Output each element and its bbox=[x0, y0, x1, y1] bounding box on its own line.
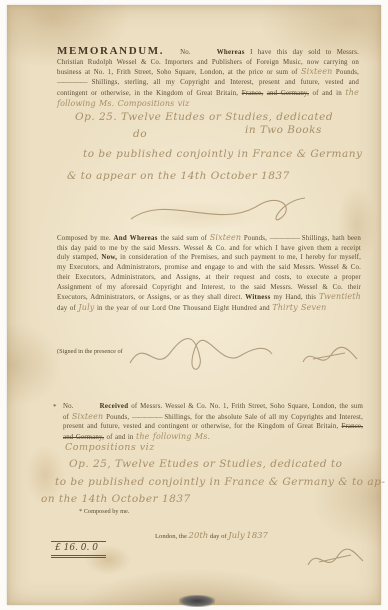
document-scan: { "colors": { "paper": "#ecdfc2", "print… bbox=[0, 0, 388, 610]
struck-germany: and Germany, bbox=[63, 434, 104, 441]
handwritten-month: July bbox=[78, 303, 94, 312]
handwritten-work-title: Op. 25, Twelve Etudes or Studies, dedica… bbox=[69, 458, 342, 470]
signature-stroke bbox=[303, 347, 357, 362]
signature-stroke bbox=[308, 549, 363, 565]
received-word: Received bbox=[100, 403, 129, 410]
closing-date-line: London, the 20th day of July 1837 bbox=[155, 531, 268, 541]
receipt-paragraph: No.Received of Messrs. Wessel & Co. No. … bbox=[63, 402, 363, 443]
and-whereas-word: And Whereas bbox=[114, 235, 158, 242]
agreement-text-5: day of bbox=[57, 305, 76, 312]
agreement-text-1: the said sum of bbox=[160, 235, 207, 242]
handwritten-books: in Two Books bbox=[245, 124, 322, 136]
handwritten-year: 1837 bbox=[246, 531, 268, 541]
handwritten-year: Thirty Seven bbox=[272, 303, 326, 312]
handwritten-month: July bbox=[228, 531, 244, 541]
handwritten-publish-line: to be published conjointly in France & G… bbox=[55, 476, 385, 488]
blank-rule: ————— bbox=[57, 79, 86, 86]
agreement-text-3: in consideration of the Premises, and su… bbox=[57, 254, 361, 301]
sum-in-words: Sixteen bbox=[72, 412, 103, 421]
handwritten-publish-line: to be published conjointly in France & G… bbox=[83, 148, 362, 160]
no-label: No. bbox=[180, 49, 191, 56]
handwritten-day: 20th bbox=[189, 531, 209, 541]
handwritten-date-line: on the 14th October 1837 bbox=[41, 493, 191, 505]
agreement-text-6: in the year of our Lord One Thousand Eig… bbox=[97, 305, 270, 312]
handwritten-work-title: Op. 25. Twelve Etudes or Studies, dedica… bbox=[75, 111, 333, 123]
sum-in-words: Sixteen bbox=[210, 233, 241, 242]
handwritten-date-line: & to appear on the 14th October 1837 bbox=[67, 170, 290, 182]
day-of-label: day of bbox=[210, 533, 227, 540]
sum-in-words: Sixteen bbox=[301, 67, 332, 76]
place-label: London, the bbox=[155, 533, 187, 540]
paper-sheet: MEMORANDUM.No.Whereas I have this day so… bbox=[7, 5, 381, 605]
memorandum-paragraph: MEMORANDUM.No.Whereas I have this day so… bbox=[57, 47, 359, 109]
witness-word: Witness bbox=[245, 294, 270, 301]
ink-flourish bbox=[127, 187, 317, 231]
handwritten-ditto: do bbox=[133, 128, 147, 140]
signature-stroke bbox=[130, 339, 272, 370]
document-title: MEMORANDUM. bbox=[57, 45, 164, 57]
composed-footnote: * Composed by me. bbox=[79, 508, 129, 515]
pounds-label: Pounds, bbox=[106, 414, 129, 421]
blank-rule: ————— bbox=[270, 235, 299, 242]
struck-france: France, bbox=[242, 90, 264, 97]
now-word: Now, bbox=[101, 254, 117, 261]
footnote-mark: * bbox=[53, 403, 57, 411]
flourish-stroke bbox=[131, 198, 305, 220]
amount-received: £ 16. 0. 0 bbox=[51, 541, 106, 558]
blank-rule: ————— bbox=[132, 414, 161, 421]
composed-by-me: Composed by me. bbox=[57, 235, 111, 242]
receipt-signature bbox=[303, 541, 367, 575]
scan-artifact bbox=[179, 595, 215, 607]
receipt-text-3: of and in bbox=[106, 434, 133, 441]
presence-label: (Signed in the presence of bbox=[57, 348, 123, 355]
struck-france: France, bbox=[341, 423, 363, 430]
agreement-text-4: my Hand, this bbox=[273, 294, 316, 301]
opening-text-3: of and in bbox=[313, 90, 342, 97]
whereas-word: Whereas bbox=[217, 49, 245, 56]
pounds-label: Pounds, bbox=[336, 69, 359, 76]
handwritten-day: Twentieth bbox=[319, 292, 361, 301]
no-label: No. bbox=[63, 403, 74, 410]
principal-signature bbox=[299, 340, 361, 372]
pounds-label: Pounds, bbox=[244, 235, 267, 242]
handwritten-compositions-viz: Compositions viz bbox=[65, 442, 155, 453]
agreement-paragraph: Composed by me. And Whereas the said sum… bbox=[57, 233, 361, 314]
inserted-compositions: the following Ms. bbox=[136, 432, 210, 441]
struck-germany: and Germany, bbox=[267, 90, 309, 97]
witness-signature bbox=[125, 327, 275, 379]
